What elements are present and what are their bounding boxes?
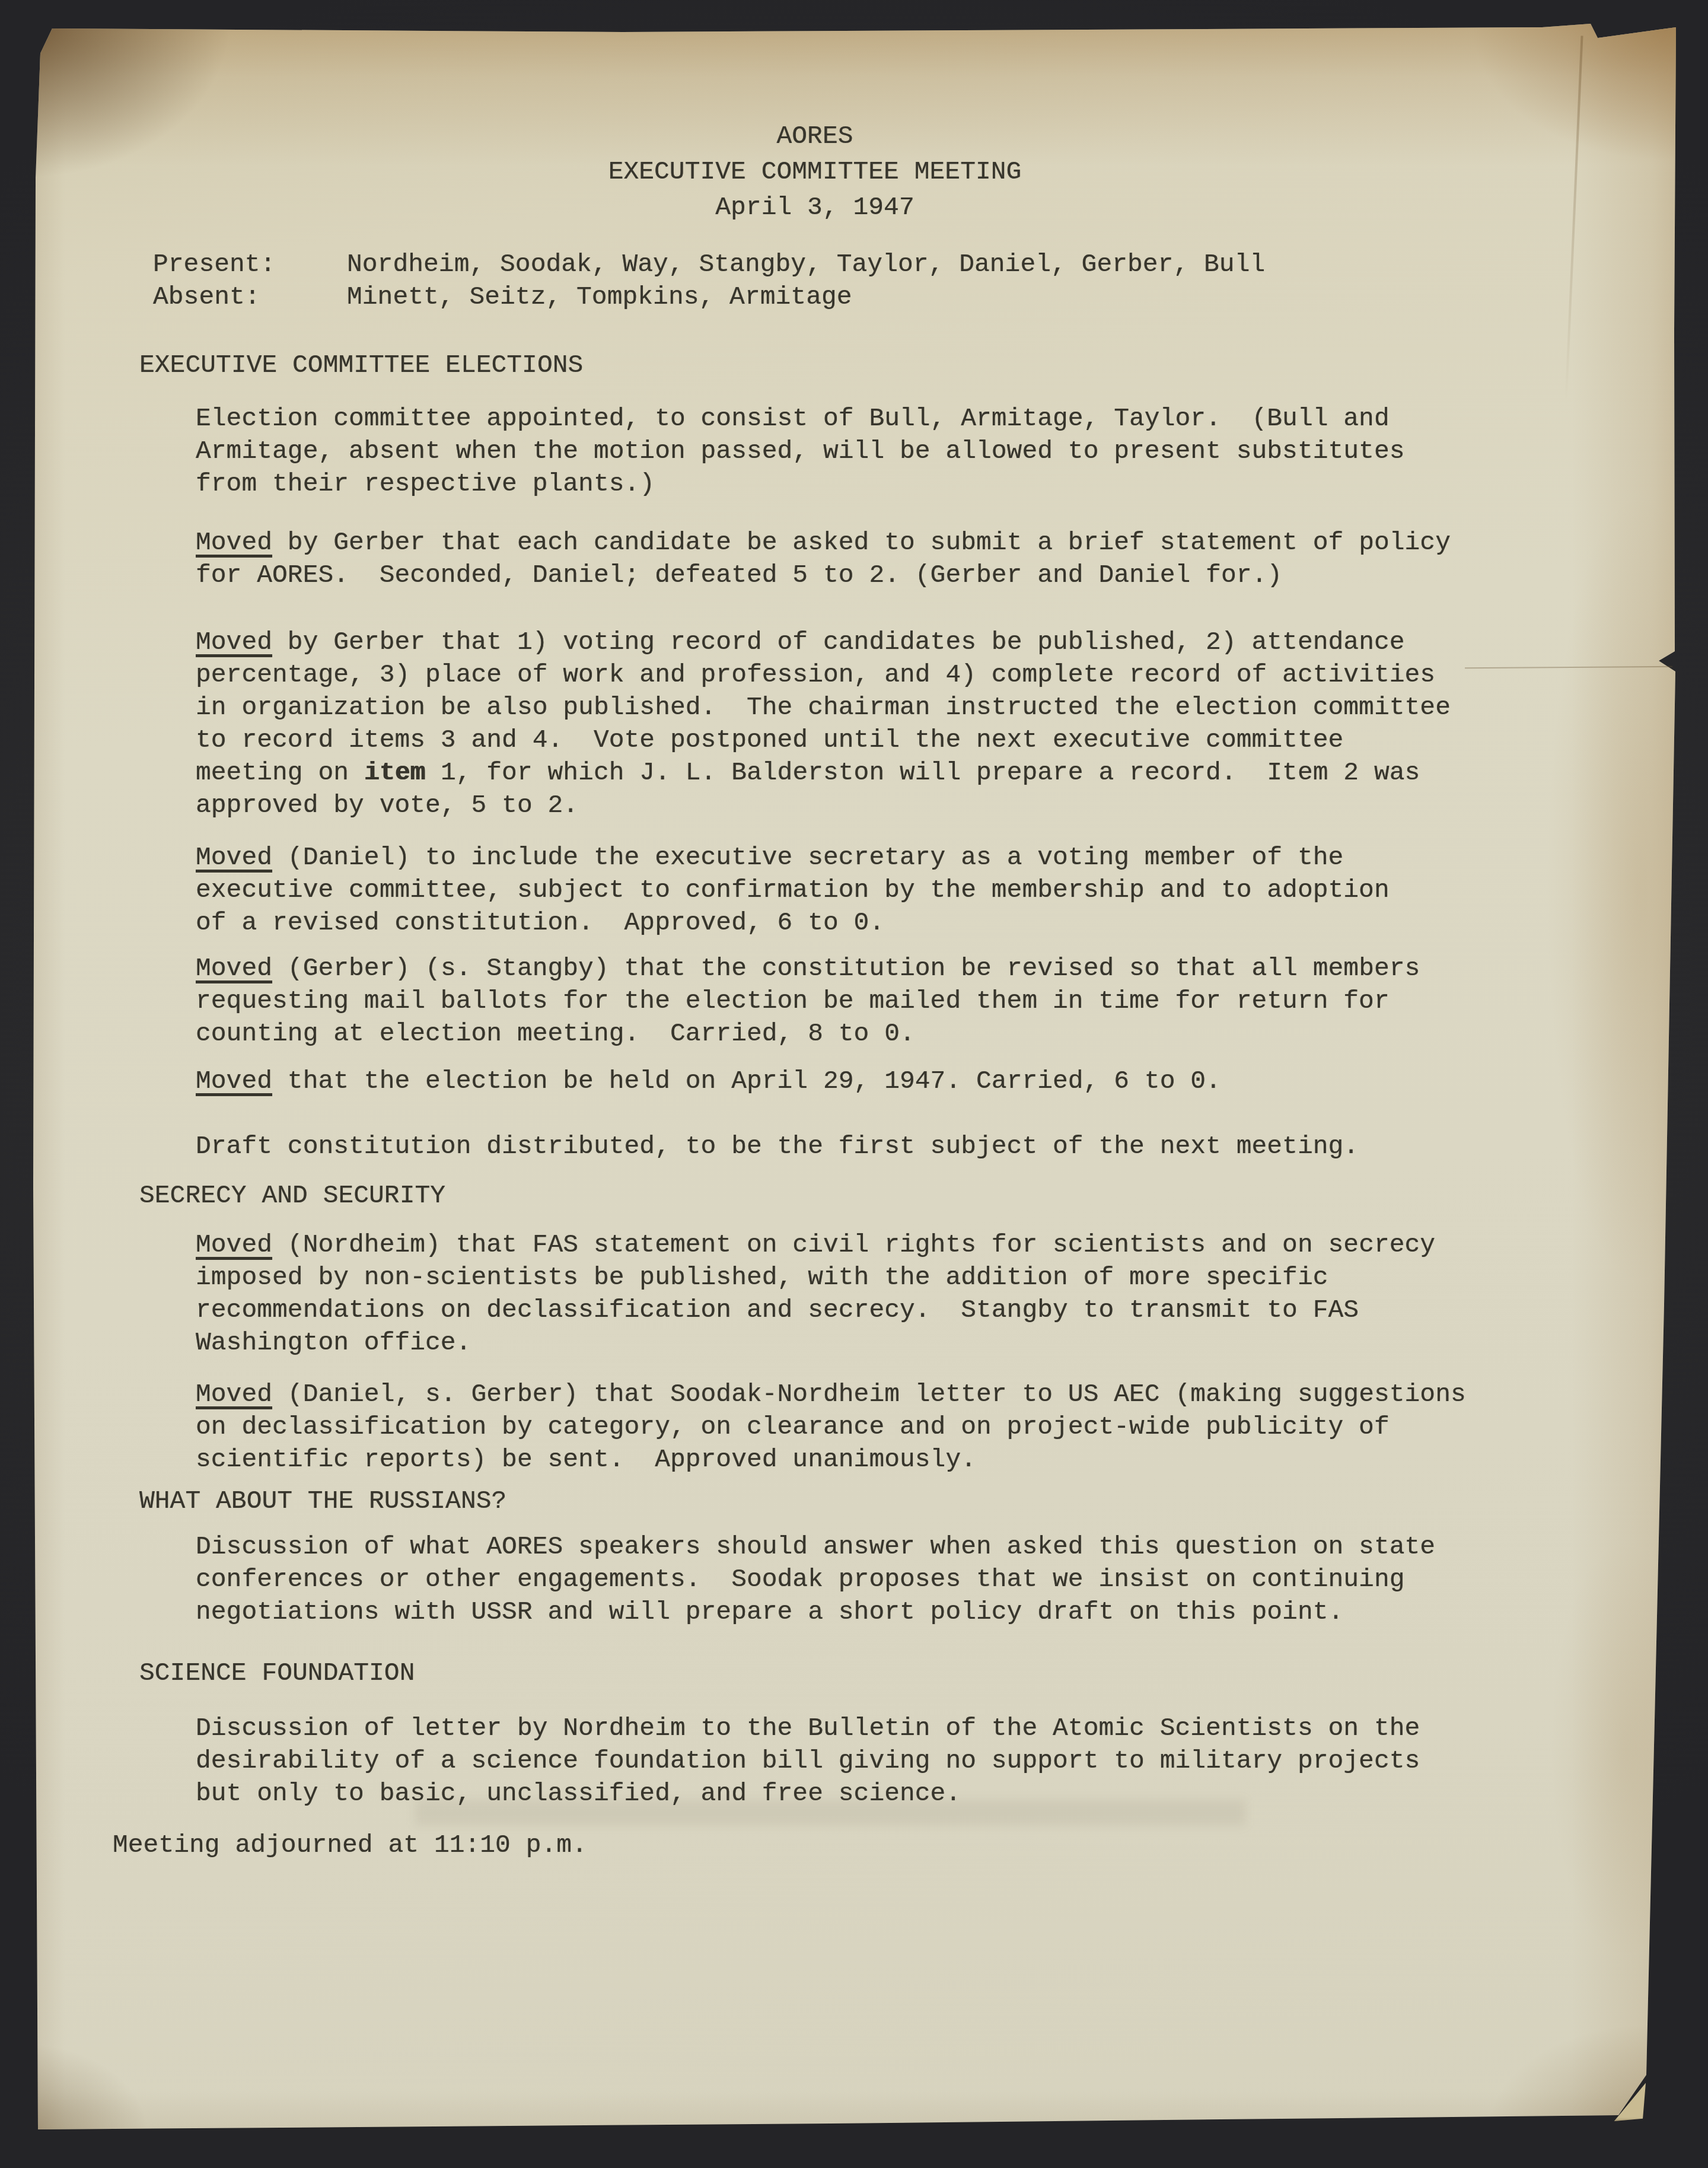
paragraph-text: Draft constitution distributed, to be th…: [196, 1132, 1359, 1161]
paragraph-text: (Gerber) (s. Stangby) that the constitut…: [196, 954, 1420, 1048]
section-heading-secrecy: SECRECY AND SECURITY: [139, 1179, 1708, 1212]
paragraph-text: Election committee appointed, to consist…: [196, 404, 1405, 498]
minutes-paragraph: Election committee appointed, to consist…: [196, 402, 1708, 500]
minutes-paragraph: Moved (Nordheim) that FAS statement on c…: [196, 1228, 1708, 1359]
minutes-paragraph: Moved by Gerber that each candidate be a…: [196, 526, 1708, 591]
present-row: Present:Nordheim, Soodak, Way, Stangby, …: [153, 248, 1708, 281]
minutes-paragraph: Discussion of what AORES speakers should…: [196, 1530, 1708, 1628]
paragraph-text: by Gerber that each candidate be asked t…: [196, 528, 1451, 590]
minutes-paragraph: Discussion of letter by Nordheim to the …: [196, 1712, 1708, 1810]
typewritten-content: AORES EXECUTIVE COMMITTEE MEETING April …: [0, 0, 1708, 1861]
paragraph-text: that the election be held on April 29, 1…: [272, 1067, 1221, 1096]
moved-underlined: Moved: [196, 954, 272, 983]
paragraph-text: Discussion of letter by Nordheim to the …: [196, 1714, 1420, 1808]
paragraph-text: Discussion of what AORES speakers should…: [196, 1532, 1435, 1626]
absent-label: Absent:: [153, 281, 347, 313]
minutes-paragraph: Moved (Daniel, s. Gerber) that Soodak-No…: [196, 1378, 1708, 1476]
moved-underlined: Moved: [196, 528, 272, 557]
minutes-paragraph: Moved (Gerber) (s. Stangby) that the con…: [196, 952, 1708, 1050]
scan-background: AORES EXECUTIVE COMMITTEE MEETING April …: [0, 0, 1708, 2168]
absent-names: Minett, Seitz, Tompkins, Armitage: [347, 282, 852, 311]
moved-underlined: Moved: [196, 628, 272, 657]
paragraph-text: (Nordheim) that FAS statement on civil r…: [196, 1230, 1435, 1357]
meeting-date: April 3, 1947: [0, 190, 1669, 225]
adjournment-line: Meeting adjourned at 11:10 p.m.: [113, 1829, 1708, 1861]
section-heading-russians: WHAT ABOUT THE RUSSIANS?: [139, 1485, 1708, 1517]
title-block: AORES EXECUTIVE COMMITTEE MEETING April …: [0, 119, 1669, 225]
section-heading-elections: EXECUTIVE COMMITTEE ELECTIONS: [139, 349, 1708, 381]
minutes-paragraph: Moved by Gerber that 1) voting record of…: [196, 626, 1708, 822]
minutes-paragraph: Moved that the election be held on April…: [196, 1065, 1708, 1097]
org-title: AORES: [0, 119, 1669, 154]
moved-underlined: Moved: [196, 843, 272, 872]
section-heading-science-foundation: SCIENCE FOUNDATION: [139, 1657, 1708, 1689]
minutes-paragraph: Moved (Daniel) to include the executive …: [196, 841, 1708, 939]
attendance-block: Present:Nordheim, Soodak, Way, Stangby, …: [0, 248, 1708, 313]
meeting-title: EXECUTIVE COMMITTEE MEETING: [0, 154, 1669, 190]
moved-underlined: Moved: [196, 1380, 272, 1409]
paragraph-text: (Daniel) to include the executive secret…: [196, 843, 1390, 937]
overstruck-word: item: [364, 758, 425, 787]
moved-underlined: Moved: [196, 1230, 272, 1259]
present-names: Nordheim, Soodak, Way, Stangby, Taylor, …: [347, 250, 1265, 279]
absent-row: Absent:Minett, Seitz, Tompkins, Armitage: [153, 281, 1708, 313]
minutes-paragraph: Draft constitution distributed, to be th…: [196, 1130, 1708, 1163]
present-label: Present:: [153, 248, 347, 281]
paragraph-text: (Daniel, s. Gerber) that Soodak-Nordheim…: [196, 1380, 1466, 1474]
moved-underlined: Moved: [196, 1067, 272, 1096]
